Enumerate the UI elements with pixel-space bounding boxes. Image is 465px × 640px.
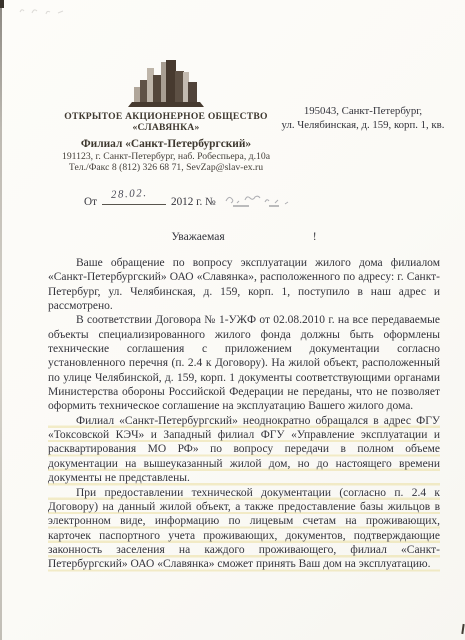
reference-line: От28.02.2012 г. № bbox=[84, 191, 301, 209]
paragraph-appeal: Ваше обращение по вопросу эксплуатации ж… bbox=[48, 256, 440, 313]
recipient-address: 195043, Санкт-Петербург, ул. Челябинская… bbox=[266, 104, 460, 132]
scan-spot bbox=[461, 624, 464, 634]
salutation-punct: ! bbox=[313, 230, 317, 243]
paragraph-contract: В соответствии Договора № 1-УЖФ от 02.08… bbox=[48, 313, 440, 413]
scanned-letter-page: ОТКРЫТОЕ АКЦИОНЕРНОЕ ОБЩЕСТВО «СЛАВЯНКА»… bbox=[0, 0, 465, 640]
paragraph-conditions: При предоставлении технической документа… bbox=[48, 486, 440, 572]
city-buildings-logo-icon bbox=[128, 54, 204, 108]
salutation-line: Уважаемая! bbox=[48, 230, 440, 243]
from-label: От bbox=[84, 196, 97, 208]
branch-name: Филиал «Санкт-Петербургский» bbox=[38, 138, 294, 151]
recipient-line1: 195043, Санкт-Петербург, bbox=[266, 104, 460, 118]
org-name-line2: «СЛАВЯНКА» bbox=[38, 122, 294, 133]
letterhead: ОТКРЫТОЕ АКЦИОНЕРНОЕ ОБЩЕСТВО «СЛАВЯНКА»… bbox=[38, 54, 294, 173]
branch-address: 191123, г. Санкт-Петербург, наб. Робеспь… bbox=[38, 151, 294, 162]
letter-body: Ваше обращение по вопросу эксплуатации ж… bbox=[48, 256, 440, 572]
handwritten-date: 28.02. bbox=[111, 187, 148, 201]
scan-corner-mark bbox=[0, 0, 4, 8]
handwritten-number-scribble bbox=[223, 191, 301, 209]
recipient-line2: ул. Челябинская, д. 159, корп. 1, кв. bbox=[266, 118, 460, 132]
pencil-marks bbox=[16, 4, 74, 18]
salutation-word: Уважаемая bbox=[171, 230, 224, 243]
date-blank: 28.02. bbox=[102, 191, 166, 205]
scan-edge-shadow bbox=[0, 0, 2, 640]
org-name-line1: ОТКРЫТОЕ АКЦИОНЕРНОЕ ОБЩЕСТВО bbox=[38, 111, 294, 122]
year-number-label: 2012 г. № bbox=[171, 196, 216, 208]
branch-contacts: Тел./Факс 8 (812) 326 68 71, SevZap@slav… bbox=[38, 162, 294, 173]
paragraph-requests: Филиал «Санкт-Петербургский» неоднократн… bbox=[48, 414, 440, 486]
